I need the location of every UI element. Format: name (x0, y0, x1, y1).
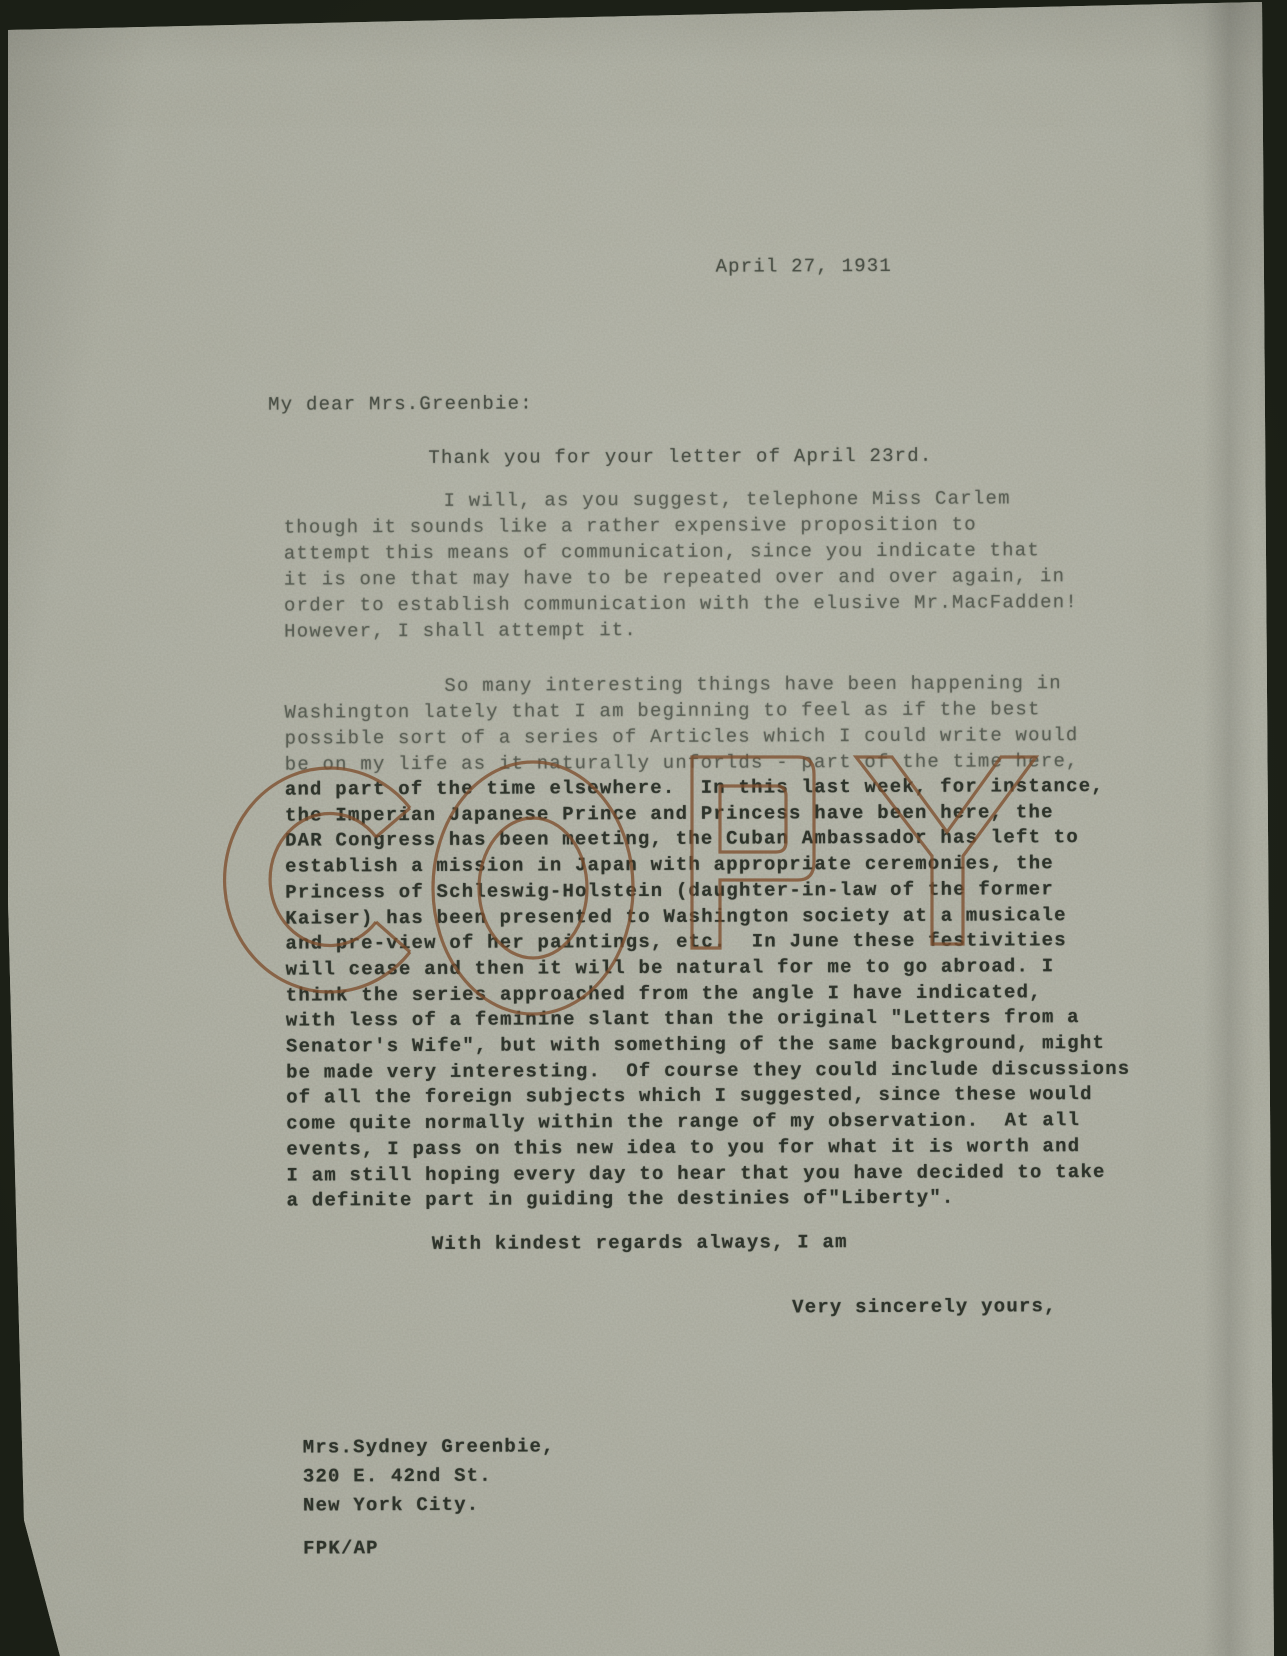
letter-line: Princess of Schleswig-Holstein (daughter… (285, 877, 1129, 906)
letter-line: New York City. (303, 1490, 555, 1520)
typewritten-text-layer: April 27, 1931 My dear Mrs.Greenbie: Tha… (0, 0, 1287, 1656)
paper-sheet: April 27, 1931 My dear Mrs.Greenbie: Tha… (0, 0, 1287, 1656)
letter-line: come quite normally within the range of … (286, 1108, 1130, 1137)
letter-line: attempt this means of communication, sin… (284, 537, 1078, 566)
letter-line: be on my life as it naturally unforlds -… (285, 748, 1079, 777)
letter-line: However, I shall attempt it. (284, 615, 1078, 644)
letter-line: the Imperian Japanese Prince and Princes… (285, 800, 1129, 829)
letter-line: So many interesting things have been hap… (284, 670, 1078, 699)
letter-signoff: Very sincerely yours, (792, 1295, 1057, 1318)
letter-line: it is one that may have to be repeated o… (284, 563, 1078, 592)
letter-line: a definite part in guiding the destinies… (287, 1185, 1131, 1214)
letter-line: Thank you for your letter of April 23rd. (428, 443, 932, 471)
letter-line: I am still hoping every day to hear that… (286, 1159, 1130, 1188)
letter-line: be made very interesting. Of course they… (286, 1057, 1130, 1086)
letter-line: though it sounds like a rather expensive… (284, 511, 1078, 540)
letter-line: order to establish communication with th… (284, 589, 1078, 618)
letter-line: establish a mission in Japan with approp… (285, 851, 1129, 880)
letter-line: Senator's Wife", but with something of t… (286, 1031, 1130, 1060)
letter-line: DAR Congress has been meeting, the Cuban… (285, 825, 1129, 854)
letter-line: think the series approached from the ang… (286, 980, 1130, 1009)
letter-closing: With kindest regards always, I am (432, 1231, 848, 1255)
letter-line: and part of the time elsewhere. In this … (285, 774, 1129, 803)
letter-line: Kaiser) has been presented to Washington… (285, 902, 1129, 931)
letter-line: will cease and then it will be natural f… (286, 954, 1130, 983)
letter-line: events, I pass on this new idea to you f… (286, 1134, 1130, 1163)
letter-line: and pre-view of her paintings, etc. In J… (285, 928, 1129, 957)
letter-line: Mrs.Sydney Greenbie, (303, 1432, 555, 1462)
scanned-letter-page: { "document": { "date": "April 27, 1931"… (0, 0, 1287, 1656)
letter-line: with less of a feminine slant than the o… (286, 1005, 1130, 1034)
letter-line: I will, as you suggest, telephone Miss C… (284, 485, 1078, 514)
recipient-address: Mrs.Sydney Greenbie,320 E. 42nd St.New Y… (303, 1432, 555, 1520)
letter-paragraph-2: I will, as you suggest, telephone Miss C… (284, 485, 1079, 644)
letter-paragraph-3b: and part of the time elsewhere. In this … (285, 774, 1131, 1215)
letter-date: April 27, 1931 (716, 255, 893, 278)
letter-line: Washington lately that I am beginning to… (284, 696, 1078, 725)
typist-initials: FPK/AP (303, 1537, 379, 1559)
letter-salutation: My dear Mrs.Greenbie: (268, 392, 533, 415)
letter-line: possible sort of a series of Articles wh… (285, 722, 1079, 751)
letter-paragraph-3a: So many interesting things have been hap… (284, 670, 1078, 777)
letter-line: 320 E. 42nd St. (303, 1461, 555, 1491)
letter-paragraph-1: Thank you for your letter of April 23rd. (428, 443, 932, 471)
letter-line: of all the foreign subjects which I sugg… (286, 1082, 1130, 1111)
